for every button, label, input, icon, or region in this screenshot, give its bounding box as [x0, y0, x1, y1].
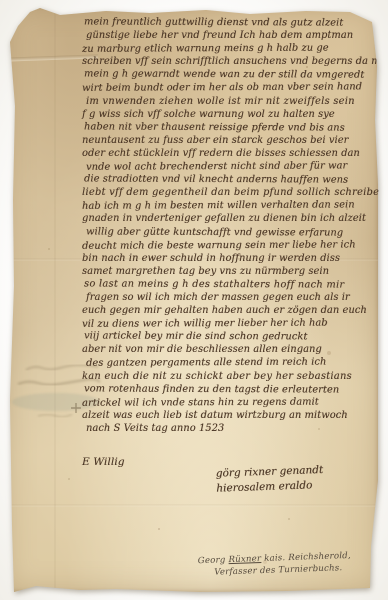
manuscript-line: nach S Veits tag anno 1523: [82, 422, 374, 435]
archivist-note-name-prefix: Georg: [198, 555, 229, 566]
manuscript-page-wrapper: mein freuntlich guttwillig dienst vnd al…: [6, 6, 378, 592]
manuscript-line: wirt beim bundt oder im her als ob man v…: [82, 81, 374, 96]
manuscript-line: euch gegen mir gehalten haben auch er zö…: [82, 304, 374, 317]
manuscript-line: hab ich m g h im besten mit willen verha…: [82, 199, 374, 214]
manuscript-line: haben nit vber thausent reissige pferde …: [82, 120, 374, 134]
manuscript-line: viij artickel bey mir die sind schon ged…: [82, 330, 374, 344]
manuscript-line: so last an meins g h des stathalters hof…: [82, 277, 374, 291]
manuscript-line: bin nach in ewer schuld in hoffnung ir w…: [82, 252, 374, 265]
manuscript-line: willig aber gütte kuntschafft vnd gewiss…: [82, 225, 374, 239]
manuscript-line: oder echt stücklein vff redern die bisse…: [82, 147, 374, 160]
manuscript-page: mein freuntlich guttwillig dienst vnd al…: [6, 6, 378, 592]
manuscript-line: artickel wil ich vnde stans hin zu regen…: [82, 395, 374, 410]
manuscript-line: des gantzen pergaments alle stend im rei…: [82, 356, 374, 371]
manuscript-line: schreiben vff sein schrifftlich ansuchen…: [82, 55, 374, 68]
manuscript-line: vom rotenhaus finden zu den tagst die er…: [82, 382, 374, 396]
paper-crease-vertical: [54, 6, 56, 592]
manuscript-line: f g wiss sich vff solche warnung wol zu …: [82, 108, 374, 121]
manuscript-line: neuntausent zu fuss aber ein starck gesc…: [82, 134, 374, 147]
manuscript-line: samet margrethen tag bey vns zu nürmberg…: [82, 265, 374, 278]
signature-block: görg rixner genandt hierosalem eraldo: [216, 461, 367, 495]
manuscript-line: mein freuntlich guttwillig dienst vnd al…: [82, 15, 374, 29]
manuscript-line: die stradiotten vnd vil knecht anderns h…: [82, 172, 374, 186]
manuscript-line: gnaden in vnderteniger gefallen zu diene…: [82, 212, 374, 225]
manuscript-line: deucht mich die beste warnung sein mer l…: [82, 238, 374, 253]
manuscript-line: fragen so wil ich mich der massen gegen …: [82, 291, 374, 304]
manuscript-line: im vnwenden ziehen wolle ist mir nit zwe…: [82, 95, 374, 108]
margin-cross-mark: [70, 402, 82, 414]
manuscript-line: zu marburg etlich warnung meins g h halb…: [82, 41, 374, 56]
manuscript-line: günstige liebe her vnd freund Ich hab de…: [82, 29, 374, 42]
archivist-note: Georg Rüxner kais. Reichsherold, Verfass…: [198, 549, 384, 579]
manuscript-line: alzeit was euch lieb ist datum wirtzburg…: [82, 409, 374, 422]
manuscript-line: kan euch die nit zu schickt aber bey her…: [82, 370, 374, 383]
manuscript-line: liebt vff dem gegentheil dan beim pfund …: [82, 186, 374, 199]
paper-speckles: [6, 6, 8, 8]
paper-fold-line-lower: [6, 504, 378, 507]
archivist-note-name-underlined: Rüxner: [228, 554, 261, 565]
letter-body: mein freuntlich guttwillig dienst vnd al…: [82, 16, 374, 435]
